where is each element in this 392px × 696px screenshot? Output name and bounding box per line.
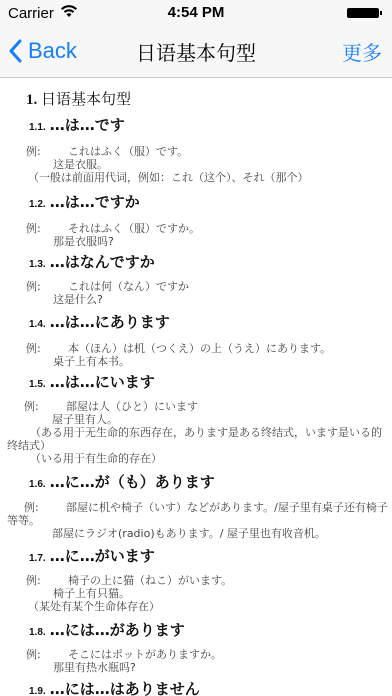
navigation-bar: Back 日语基本句型 更多: [0, 26, 392, 76]
chapter-title: 日语基本句型: [41, 90, 131, 108]
battery-icon: [347, 8, 379, 18]
section-number: 1.9.: [29, 686, 46, 696]
example-translation: 这是什么?: [53, 291, 103, 307]
chapter-heading: 1. 日语基本句型: [26, 88, 131, 109]
section-heading: 1.4.…は…にあります: [29, 311, 170, 332]
section-title: …は…ですか: [50, 193, 140, 211]
section-number: 1.6.: [29, 479, 46, 490]
section-title: …に…がいます: [50, 547, 155, 565]
example-japanese: 部屋に机や椅子（いす）などがあります。/屋子里有桌子还有椅子: [66, 501, 388, 514]
example-line: 例:これは何（なん）ですか: [26, 278, 189, 294]
section-title: …には…はありません: [50, 680, 200, 696]
section-heading: 1.3.…はなんですか: [29, 251, 155, 272]
example-translation: 那是衣服吗?: [53, 233, 114, 249]
section-number: 1.7.: [29, 553, 46, 564]
section-heading: 1.6.…に…が（も）あります: [29, 471, 215, 492]
section-number: 1.1.: [29, 122, 46, 133]
section-title: …は…にあります: [50, 313, 170, 331]
example-note: （いる用于有生命的存在）: [30, 450, 162, 466]
more-button[interactable]: 更多: [342, 37, 382, 66]
section-title: …に…が（も）あります: [50, 473, 215, 491]
top-bar: Carrier 4:54 PM Back 日语基本句型 更多: [0, 0, 392, 78]
example-note: （ある用于无生命的东西存在，あります是ある终结式，います是いる的: [30, 424, 382, 440]
back-button[interactable]: Back: [8, 34, 77, 68]
section-number: 1.2.: [29, 199, 46, 210]
section-title: …は…にいます: [50, 373, 155, 391]
chapter-number: 1.: [26, 92, 37, 108]
example-note: （某处有某个生命体存在）: [28, 598, 160, 614]
section-title: …は…です: [50, 116, 125, 134]
section-number: 1.4.: [29, 319, 46, 330]
example-line: 部屋にラジオ(radio)もあります。/ 屋子里也有收音机。: [52, 525, 326, 541]
document-content[interactable]: 1. 日语基本句型 1.1.…は…です 例:これはふく（服）です。 这是衣服。 …: [0, 78, 392, 696]
section-heading: 1.8.…には…があります: [29, 619, 185, 640]
example-translation: 等等。: [7, 512, 40, 528]
section-number: 1.3.: [29, 259, 46, 270]
section-number: 1.8.: [29, 627, 46, 638]
example-note: （一般は前面用代词，例如：これ（这个）、それ（那个）: [28, 169, 309, 185]
section-heading: 1.2.…は…ですか: [29, 191, 140, 212]
back-label: Back: [28, 38, 77, 64]
status-time: 4:54 PM: [0, 4, 392, 21]
section-number: 1.5.: [29, 379, 46, 390]
section-heading: 1.1.…は…です: [29, 114, 125, 135]
section-title: …はなんですか: [50, 253, 155, 271]
section-heading: 1.9.…には…はありません: [29, 678, 200, 696]
example-translation: 桌子上有本书。: [53, 353, 130, 369]
section-heading: 1.5.…は…にいます: [29, 371, 155, 392]
status-bar: Carrier 4:54 PM: [0, 0, 392, 26]
chevron-left-icon: [8, 39, 22, 63]
section-heading: 1.7.…に…がいます: [29, 545, 155, 566]
example-line: 例:部屋に机や椅子（いす）などがあります。/屋子里有桌子还有椅子: [24, 499, 388, 515]
example-translation: 那里有热水瓶吗?: [53, 659, 136, 675]
section-title: …には…があります: [50, 621, 185, 639]
